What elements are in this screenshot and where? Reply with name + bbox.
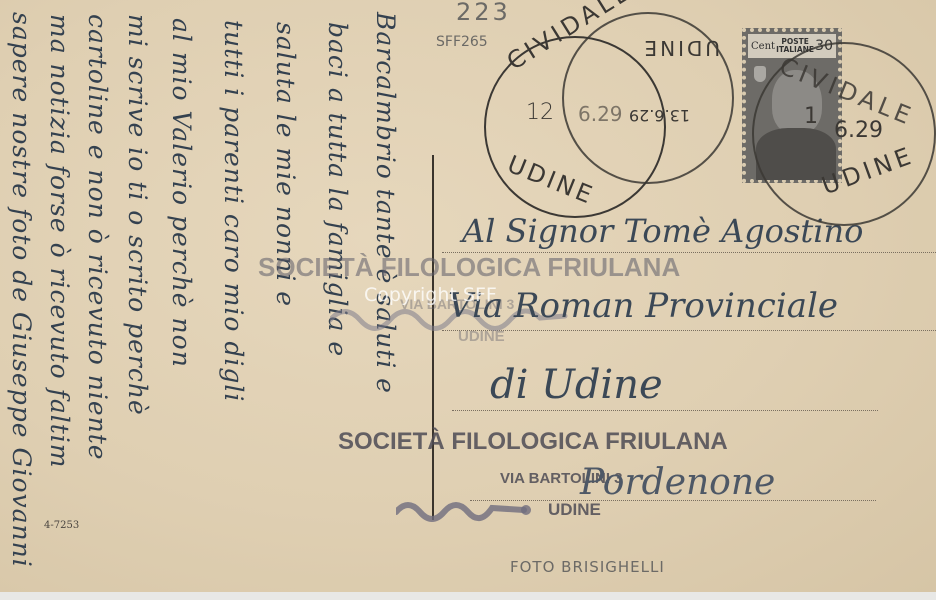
postmark-left-day: 12: [526, 100, 554, 125]
message-line-4: tutti i parenti caro mio digli: [219, 20, 248, 402]
stamp-unit: Cent: [751, 41, 775, 52]
message-line-7: cartoline e non ò ricevuto niente: [83, 14, 112, 461]
archive-number: 223: [456, 0, 511, 26]
copyright-watermark: Copyright SFF: [364, 284, 497, 306]
coat-of-arms-icon: [754, 66, 766, 82]
postmark-udine-town: UDINE: [641, 36, 720, 60]
postcard-back: 223 SFF265 Barcalmbrio tante è saluti e …: [0, 0, 936, 592]
address-line-4: Pordenone: [580, 462, 775, 503]
scan-border: [0, 592, 936, 600]
postmark-right-day: 1: [804, 104, 818, 129]
printer-number: 4-7253: [44, 520, 79, 531]
society-stamp-2-name: SOCIETÀ FILOLOGICA FRIULANA: [338, 428, 728, 456]
address-line-3: di Udine: [490, 362, 663, 408]
address-line-2: Via Roman Provinciale: [448, 286, 838, 326]
message-line-5: al mio Valerio perchè non: [167, 18, 196, 368]
society-stamp-1-name: SOCIETÀ FILOLOGICA FRIULANA: [258, 252, 680, 283]
message-line-8: ma notizia forse ò ricevuto faltim: [45, 14, 74, 469]
postmark-udine-date: 13.6.29: [629, 106, 690, 125]
message-line-6: mi scrive io ti o scrito perchè: [123, 14, 152, 416]
archive-code: SFF265: [436, 34, 488, 50]
address-rule-3: [452, 410, 878, 411]
postmark-right-date: 6.29: [834, 118, 883, 143]
photo-credit: FOTO BRISIGHELLI: [510, 558, 665, 576]
squiggle-mark-2: [396, 496, 536, 526]
message-line-9: sapere nostre foto de Giuseppe Giovanni: [7, 12, 36, 568]
address-line-1: Al Signor Tomè Agostino: [462, 212, 863, 250]
society-stamp-2-city: UDINE: [548, 500, 601, 520]
